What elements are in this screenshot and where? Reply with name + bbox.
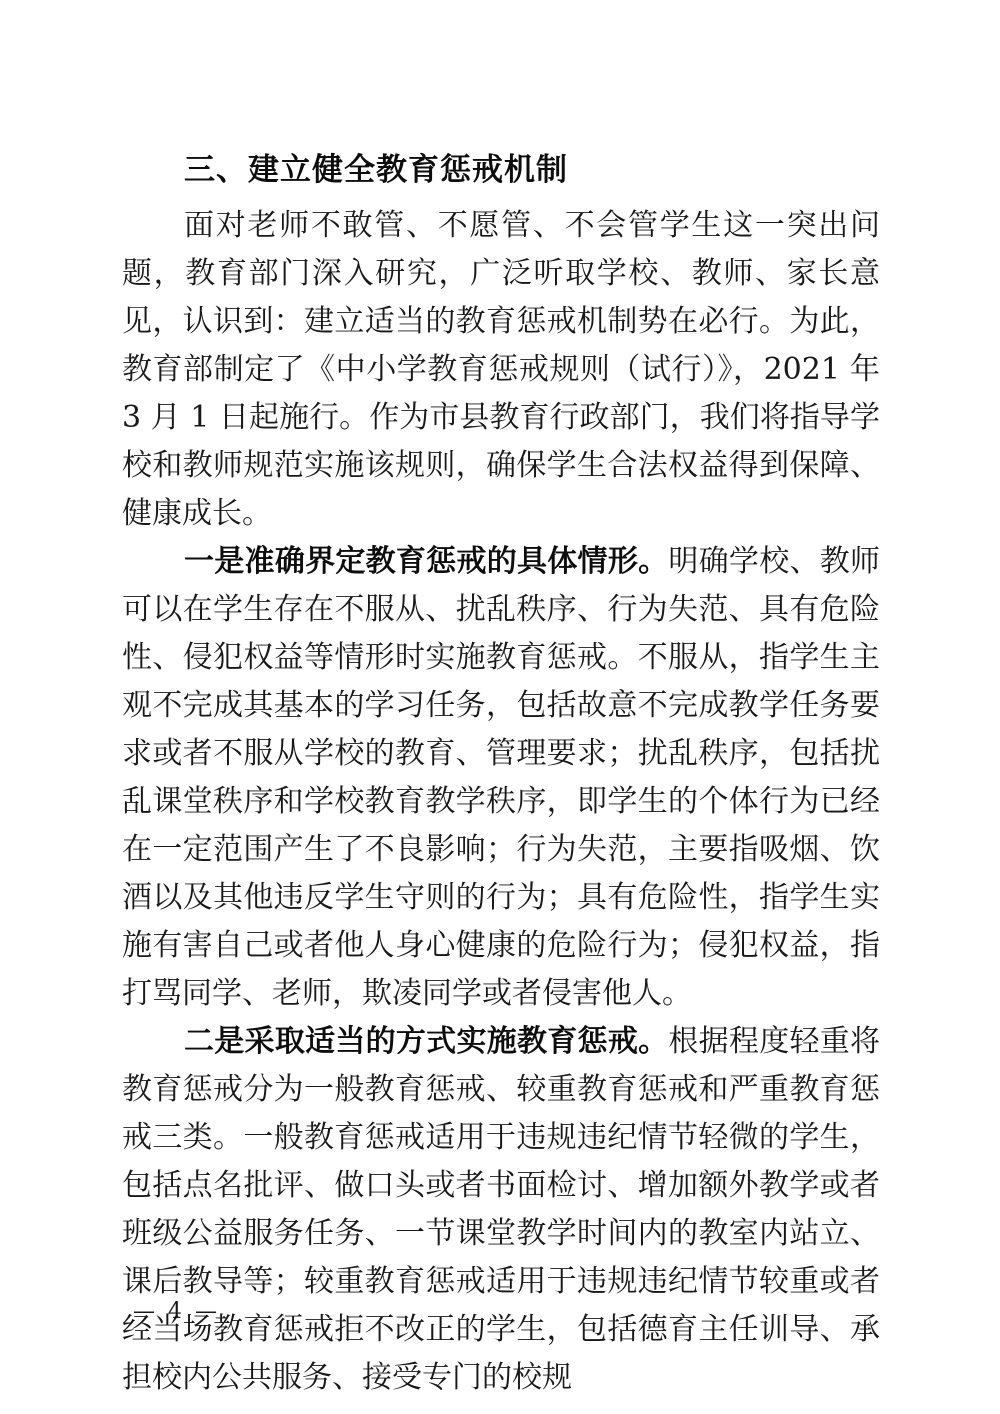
paragraph-lead-bold: 二是采取适当的方式实施教育惩戒。 [184,1024,668,1059]
paragraph-text: 根据程度轻重将教育惩戒分为一般教育惩戒、较重教育惩戒和严重教育惩戒三类。一般教育… [122,1024,880,1395]
paragraph: 二是采取适当的方式实施教育惩戒。根据程度轻重将教育惩戒分为一般教育惩戒、较重教育… [122,1018,880,1402]
section-heading: 三、建立健全教育惩戒机制 [122,146,880,194]
document-page: 三、建立健全教育惩戒机制 面对老师不敢管、不愿管、不会管学生这一突出问题，教育部… [0,0,1000,1414]
page-number: — 4 — [133,1298,220,1326]
paragraph: 一是准确界定教育惩戒的具体情形。明确学校、教师可以在学生存在不服从、扰乱秩序、行… [122,538,880,1018]
paragraph-text: 明确学校、教师可以在学生存在不服从、扰乱秩序、行为失范、具有危险性、侵犯权益等情… [122,544,880,1011]
document-body: 三、建立健全教育惩戒机制 面对老师不敢管、不愿管、不会管学生这一突出问题，教育部… [122,146,880,1402]
paragraph-lead-bold: 一是准确界定教育惩戒的具体情形。 [184,544,668,579]
paragraph-text: 面对老师不敢管、不愿管、不会管学生这一突出问题，教育部门深入研究，广泛听取学校、… [122,208,880,531]
paragraph: 面对老师不敢管、不愿管、不会管学生这一突出问题，教育部门深入研究，广泛听取学校、… [122,202,880,538]
